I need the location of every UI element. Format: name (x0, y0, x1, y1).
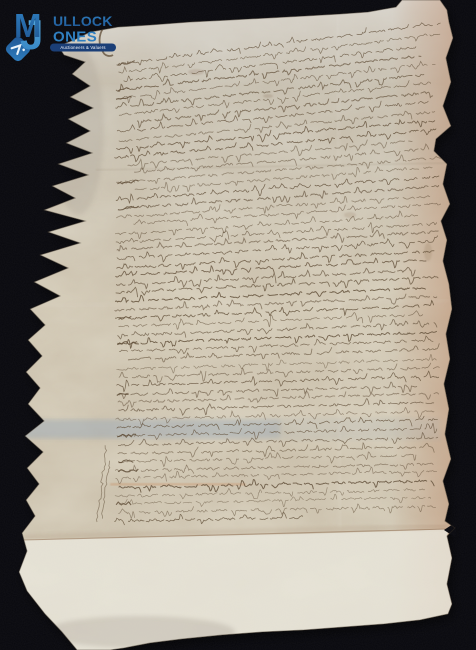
watermark-tagline-banner: Auctioneers & Valuers (50, 44, 116, 52)
manuscript-photo (0, 0, 476, 650)
watermark-name-line2: ONES (53, 29, 97, 46)
watermark-initial-m: M (14, 7, 42, 44)
auction-photo: J M ULLOCK ONES Auctioneers & Valuers (0, 0, 476, 650)
watermark-tagline: Auctioneers & Valuers (60, 45, 105, 50)
photo-grain (0, 0, 476, 650)
watermark-name-line1: ULLOCK (53, 13, 113, 29)
auction-house-watermark: J M ULLOCK ONES Auctioneers & Valuers (0, 0, 132, 66)
